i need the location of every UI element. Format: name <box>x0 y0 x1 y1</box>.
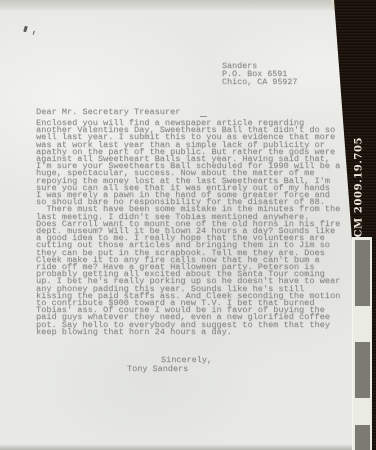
calibration-segment <box>355 240 370 306</box>
scanned-letter-photo: Sanders P.O. Box 6591 Chico, CA 95927 De… <box>0 0 376 450</box>
letter-paper: Sanders P.O. Box 6591 Chico, CA 95927 De… <box>0 0 376 450</box>
sender-address-block: Sanders P.O. Box 6591 Chico, CA 95927 <box>222 62 297 86</box>
paper-bottom-edge <box>0 444 360 450</box>
paper-top-edge <box>0 0 345 11</box>
archive-id-label: JDCM 2009.19.705 <box>350 136 368 252</box>
calibration-segment <box>355 342 370 398</box>
grayscale-calibration-bar <box>352 237 372 450</box>
letter-body: Enclosed you will find a newspaper artic… <box>36 120 340 336</box>
signature-name: Tony Sanders <box>127 364 188 374</box>
ink-smudge <box>23 26 28 33</box>
calibration-segment <box>355 425 370 450</box>
salutation-line: Dear Mr. Secretary Treasurer <box>36 108 180 116</box>
stray-mark <box>200 116 207 117</box>
